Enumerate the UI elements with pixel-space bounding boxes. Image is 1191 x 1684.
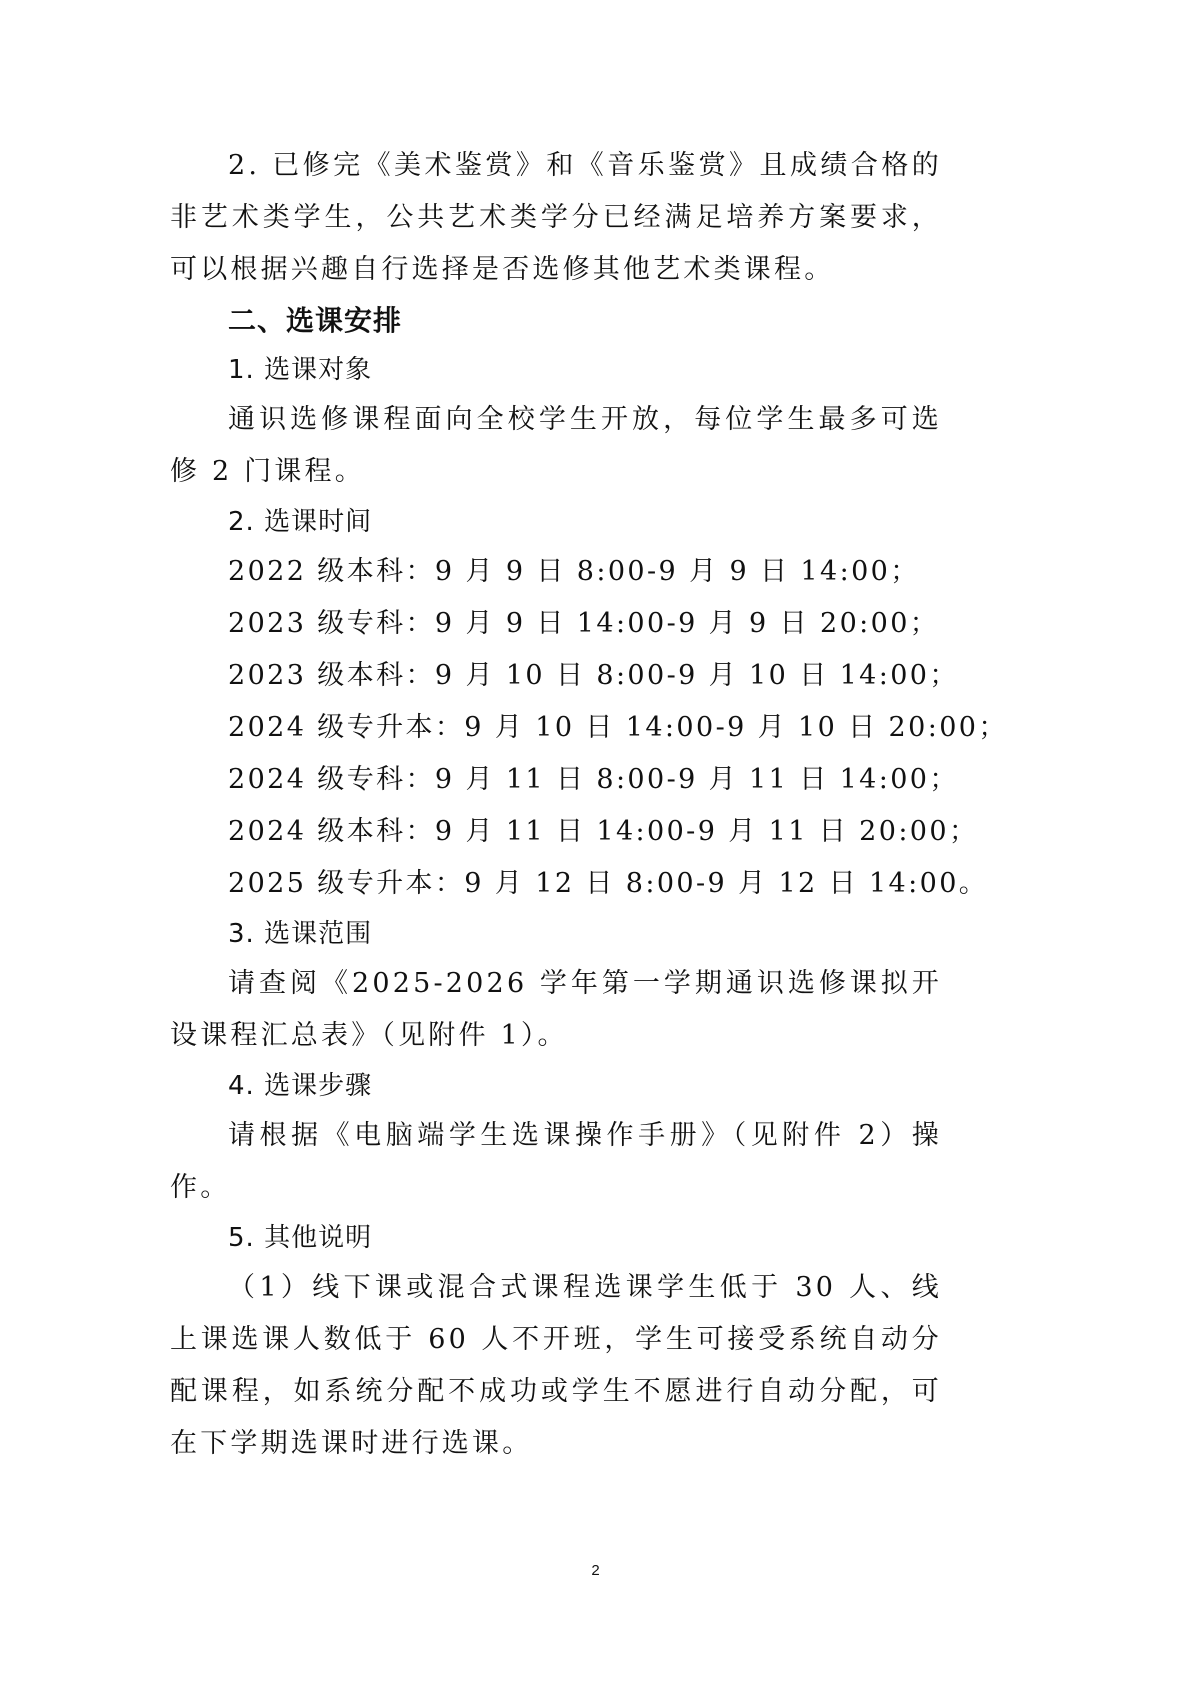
schedule-list: 2022 级本科：9 月 9 日 8:00-9 月 9 日 14:00； 202… [170, 546, 942, 910]
schedule-item: 2025 级专升本：9 月 12 日 8:00-9 月 12 日 14:00。 [170, 858, 942, 910]
paragraph-art-credits: 2. 已修完《美术鉴赏》和《音乐鉴赏》且成绩合格的非艺术类学生，公共艺术类学分已… [170, 140, 942, 296]
schedule-item: 2024 级专科：9 月 11 日 8:00-9 月 11 日 14:00； [170, 754, 942, 806]
paragraph-steps: 请根据《电脑端学生选课操作手册》（见附件 2）操作。 [170, 1110, 942, 1214]
section-title-course-arrangement: 二、选课安排 [170, 296, 942, 346]
schedule-item: 2023 级本科：9 月 10 日 8:00-9 月 10 日 14:00； [170, 650, 942, 702]
paragraph-scope: 请查阅《2025-2026 学年第一学期通识选修课拟开设课程汇总表》（见附件 1… [170, 958, 942, 1062]
page-number: 2 [0, 1562, 1191, 1579]
paragraph-other-1: （1）线下课或混合式课程选课学生低于 30 人、线上课选课人数低于 60 人不开… [170, 1262, 942, 1470]
schedule-item: 2024 级本科：9 月 11 日 14:00-9 月 11 日 20:00； [170, 806, 942, 858]
paragraph-target: 通识选修课程面向全校学生开放，每位学生最多可选修 2 门课程。 [170, 394, 942, 498]
schedule-item: 2023 级专科：9 月 9 日 14:00-9 月 9 日 20:00； [170, 598, 942, 650]
subsection-heading-target: 1. 选课对象 [170, 346, 942, 394]
schedule-item: 2022 级本科：9 月 9 日 8:00-9 月 9 日 14:00； [170, 546, 942, 598]
subsection-heading-steps: 4. 选课步骤 [170, 1062, 942, 1110]
subsection-heading-scope: 3. 选课范围 [170, 910, 942, 958]
subsection-heading-other: 5. 其他说明 [170, 1214, 942, 1262]
subsection-heading-time: 2. 选课时间 [170, 498, 942, 546]
schedule-item: 2024 级专升本：9 月 10 日 14:00-9 月 10 日 20:00； [170, 702, 942, 754]
document-page: 2. 已修完《美术鉴赏》和《音乐鉴赏》且成绩合格的非艺术类学生，公共艺术类学分已… [170, 140, 942, 1470]
